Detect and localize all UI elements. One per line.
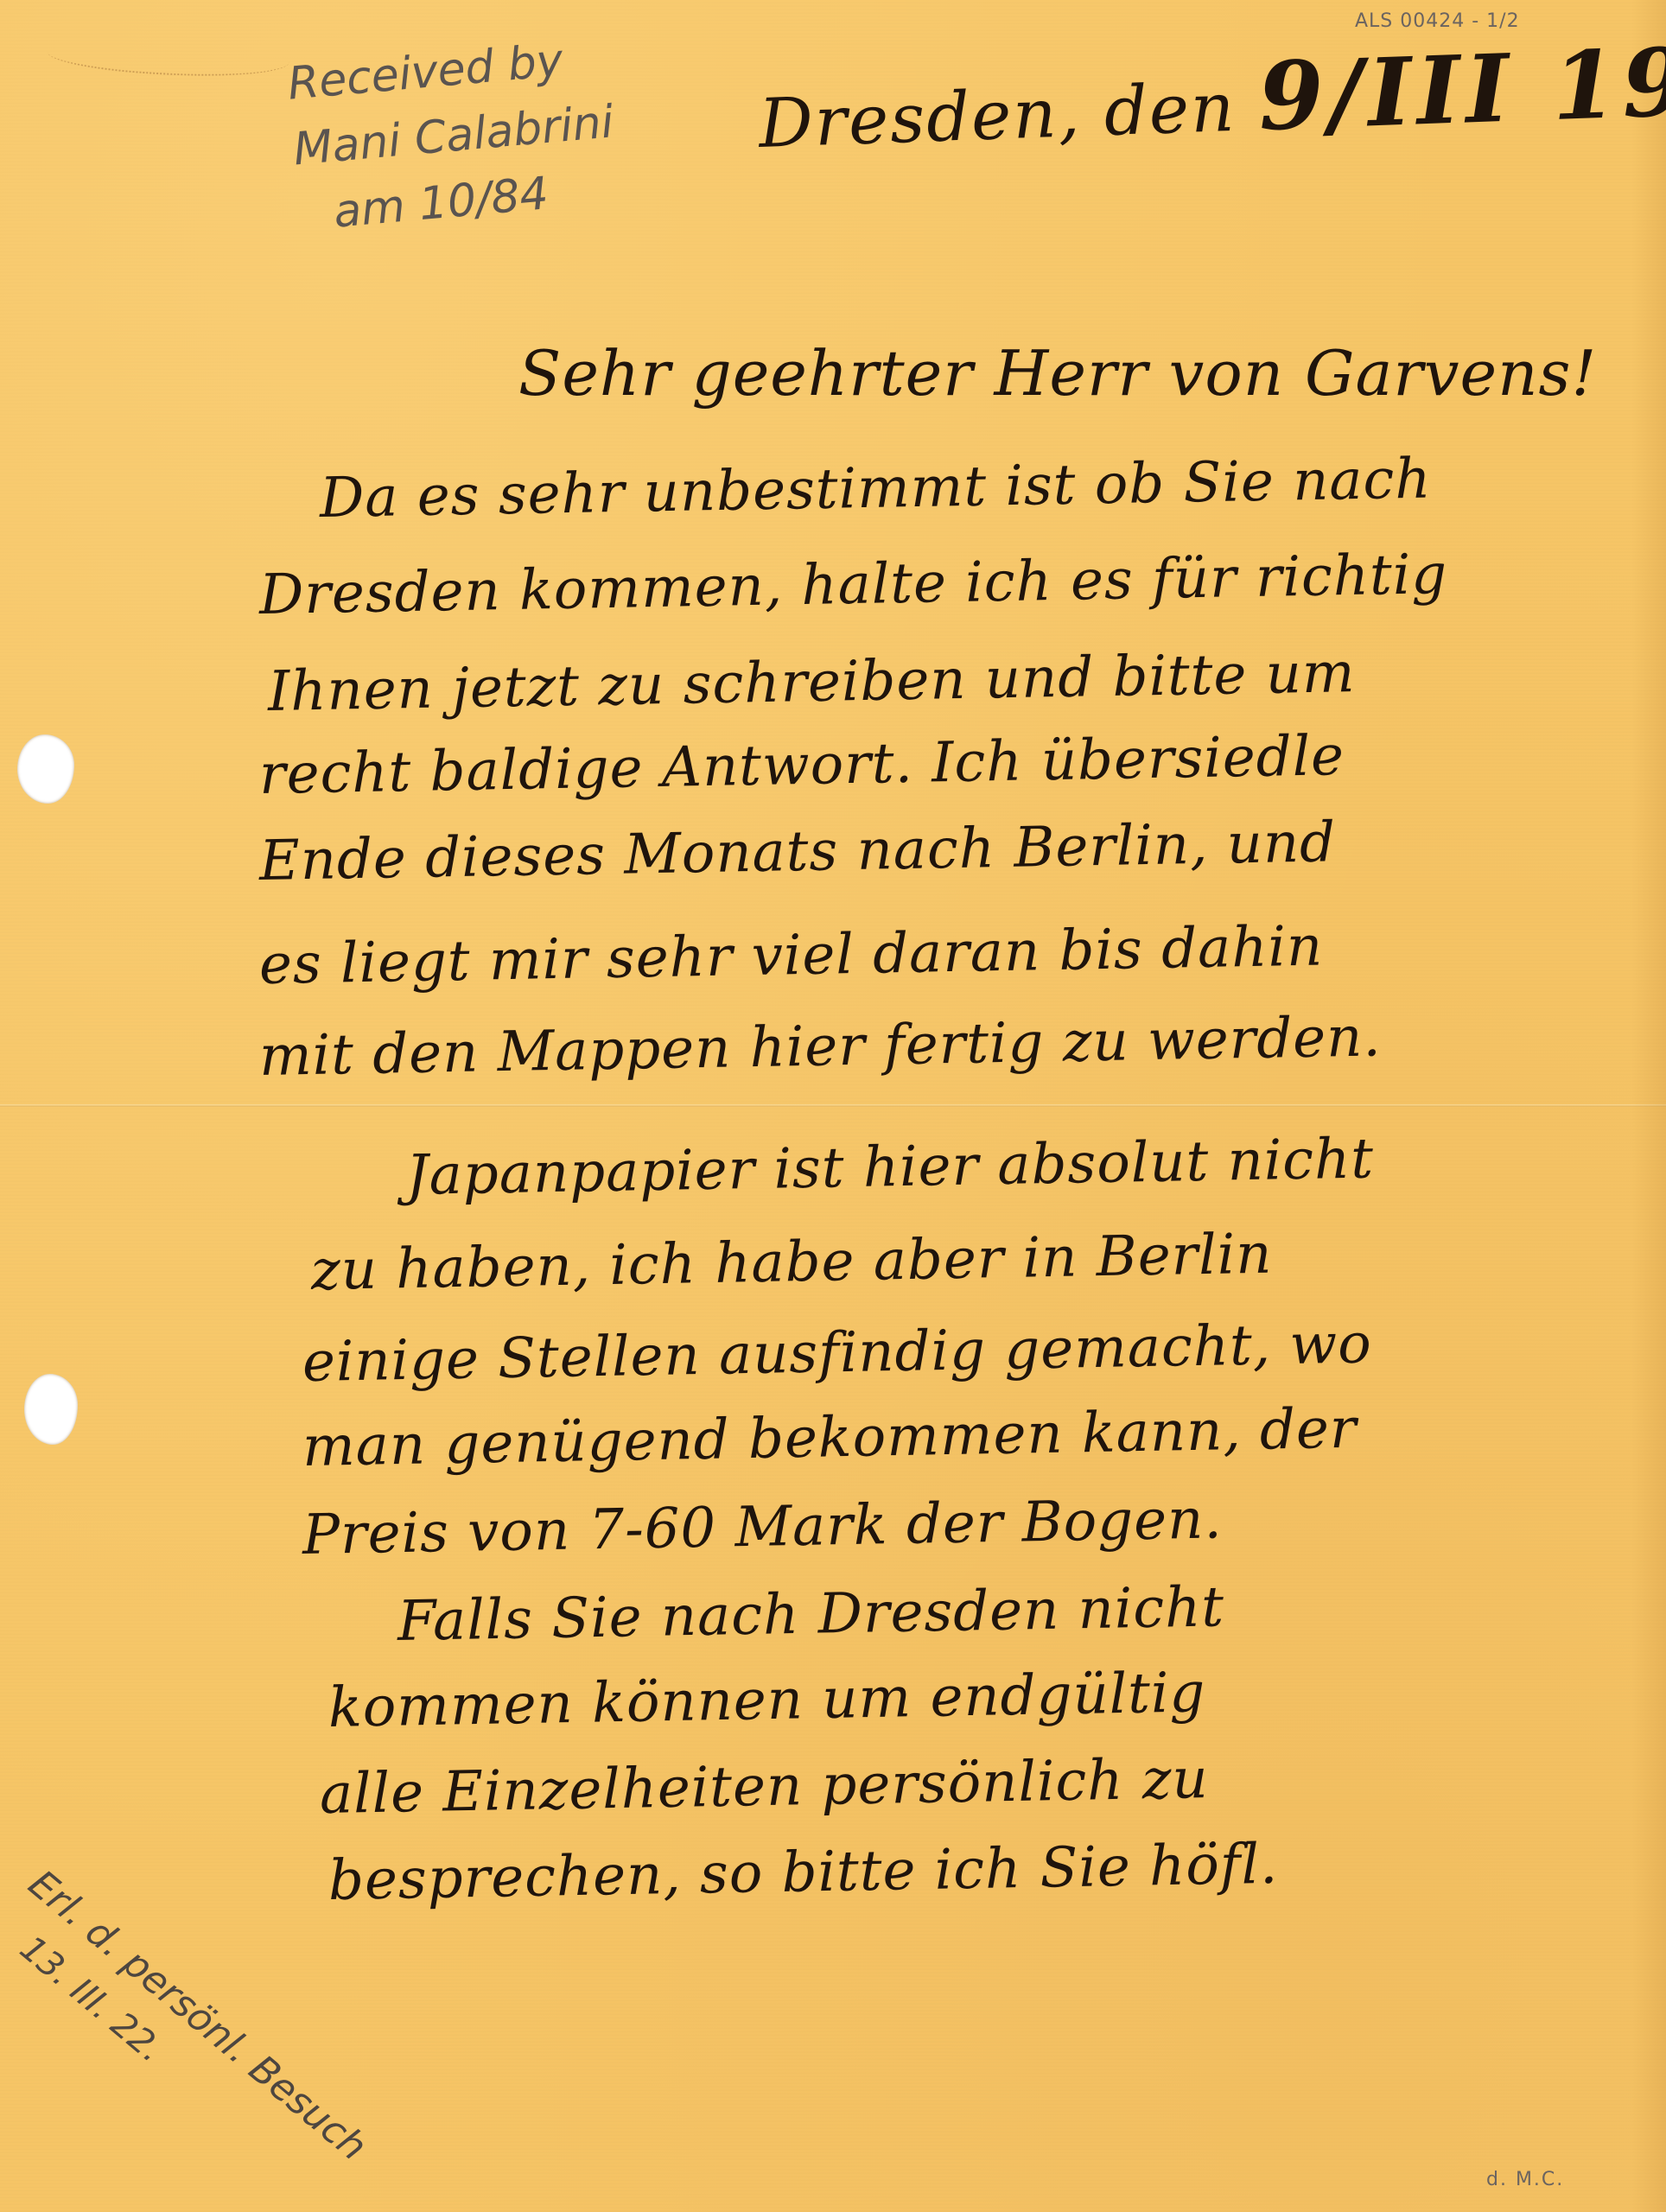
body-line: man genügend bekommen kann, der (302, 1397, 1358, 1479)
body-line: mit den Mappen hier fertig zu werden. (258, 1005, 1382, 1089)
body-line: besprechen, so bitte ich Sie höfl. (327, 1833, 1279, 1913)
body-line: Japanpapier ist hier absolut nicht (405, 1127, 1374, 1208)
fold-line (0, 1104, 1666, 1107)
body-line: recht baldige Antwort. Ich übersiedle (258, 724, 1345, 807)
salutation: Sehr geehrter Herr von Garvens! (518, 337, 1597, 410)
body-line: alle Einzelheiten persönlich zu (319, 1747, 1209, 1827)
body-line: kommen können um endgültig (327, 1661, 1206, 1740)
archivist-initials: d. M.C. (1486, 2169, 1564, 2190)
letter-sheet: ALS 00424 - 1/2 Received by Mani Calabri… (0, 0, 1666, 2212)
place: Dresden, den (758, 69, 1237, 163)
body-line: Da es sehr unbestimmt ist ob Sie nach (319, 448, 1432, 531)
filing-note-date: 13. III. 22. (0, 1900, 343, 2212)
filing-note: Erl. d. persönl. Besuch 13. III. 22. (0, 1858, 378, 2212)
place-date-line: Dresden, den 9/III 1922. (757, 22, 1666, 169)
paper-tear (47, 30, 290, 83)
body-line: zu haben, ich habe aber in Berlin (310, 1223, 1273, 1303)
punch-hole-bottom (24, 1374, 78, 1445)
body-line: Dresden kommen, halte ich es für richtig (258, 543, 1447, 627)
paper-edge-shadow (1631, 0, 1666, 2212)
body-line: Ihnen jetzt zu schreiben und bitte um (267, 641, 1356, 724)
body-line: Preis von 7-60 Mark der Bogen. (302, 1487, 1223, 1567)
punch-hole-top (17, 734, 74, 804)
body-line: einige Stellen ausfindig gemacht, wo (302, 1312, 1372, 1395)
date: 9/III 1922. (1256, 22, 1666, 152)
body-line: es liegt mir sehr viel daran bis dahin (258, 915, 1323, 997)
received-note: Received by Mani Calabrini am 10/84 (285, 17, 698, 248)
body-line: Ende dieses Monats nach Berlin, und (258, 810, 1336, 893)
body-line: Falls Sie nach Dresden nicht (397, 1575, 1224, 1654)
archive-id: ALS 00424 - 1/2 (1355, 10, 1520, 32)
